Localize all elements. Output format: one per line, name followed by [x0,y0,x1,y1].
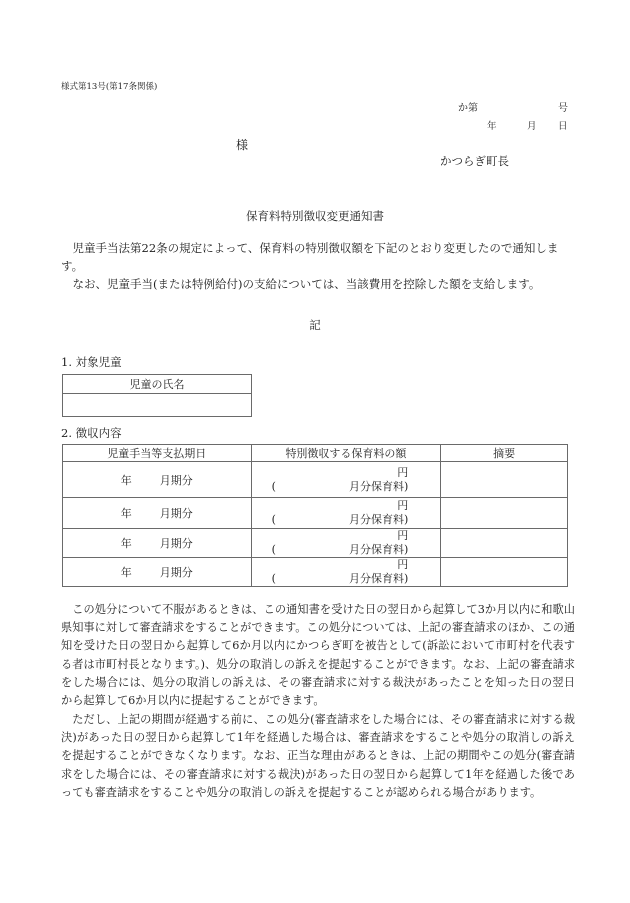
payment-period-cell[interactable]: 年月期分 [63,558,252,587]
recipient-honorific: 様 [236,136,248,153]
remarks-cell[interactable] [441,529,568,558]
child-table: 児童の氏名 [62,374,252,417]
appeal-paragraph-1: この処分について不服があるときは、この通知書を受けた日の翌日から起算して3か月以… [61,601,575,710]
intro-paragraph-1: 児童手当法第22条の規定によって、保育料の特別徴収額を下記のとおり変更したので通… [61,239,575,275]
fee-amount-cell[interactable]: 円(月分保育料) [251,529,441,558]
document-number-prefix: か第 [458,99,478,114]
intro-paragraph-2: なお、児童手当(または特例給付)の支給については、当該費用を控除した額を支給しま… [61,275,575,293]
form-number: 様式第13号(第17条関係) [61,80,157,92]
child-name-header: 児童の氏名 [63,375,252,394]
appeal-paragraph-2: ただし、上記の期間が経過する前に、この処分(審査請求をした場合には、その審査請求… [61,711,575,802]
date-day-label: 日 [558,118,568,132]
payment-period-cell[interactable]: 年月期分 [63,462,252,498]
fee-amount-cell[interactable]: 円(月分保育料) [251,558,441,587]
table-row: 年月期分 円(月分保育料) [63,558,568,587]
section-1-heading: 1. 対象児童 [61,354,122,370]
fee-amount-header: 特別徴収する保育料の額 [251,445,441,462]
payment-period-cell[interactable]: 年月期分 [63,498,252,529]
issuer-name: かつらぎ町長 [440,153,509,169]
remarks-cell[interactable] [441,558,568,587]
child-name-field[interactable] [63,394,252,417]
remarks-header: 摘要 [441,445,568,462]
table-row: 年月期分 円(月分保育料) [63,529,568,558]
section-2-heading: 2. 徴収内容 [61,425,122,441]
payment-date-header: 児童手当等支払期日 [63,445,252,462]
remarks-cell[interactable] [441,462,568,498]
fee-amount-cell[interactable]: 円(月分保育料) [251,498,441,529]
document-title: 保育料特別徴収変更通知書 [0,208,630,224]
document-number-suffix: 号 [558,99,568,114]
payment-period-cell[interactable]: 年月期分 [63,529,252,558]
table-row: 年月期分 円(月分保育料) [63,498,568,529]
collection-table: 児童手当等支払期日 特別徴収する保育料の額 摘要 年月期分 円(月分保育料) 年… [62,444,568,587]
date-year-label: 年 [487,118,497,132]
ki-heading: 記 [0,317,630,333]
table-row: 年月期分 円(月分保育料) [63,462,568,498]
date-month-label: 月 [527,118,537,132]
fee-amount-cell[interactable]: 円(月分保育料) [251,462,441,498]
remarks-cell[interactable] [441,498,568,529]
